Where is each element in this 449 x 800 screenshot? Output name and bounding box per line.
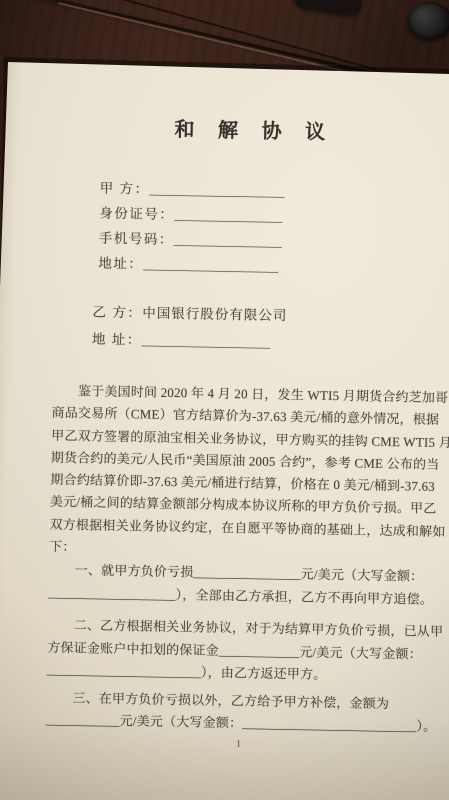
field-label: 地 址： (92, 332, 142, 348)
field-label: 手机号码： (99, 231, 174, 247)
field-label: 身份证号： (99, 206, 174, 222)
recitals-paragraph: 鉴于美国时间 2020 年 4 月 20 日，发生 WTI5 月期货合约芝加哥 … (49, 380, 438, 565)
blank-line: ____________________ (149, 182, 284, 199)
clause-2: 二、乙方根据相关业务协议，对于为结算甲方负价亏损，已从甲 方保证金账户中扣划的保… (47, 614, 434, 689)
party-a-fields: 甲 方：____________________ 身份证号：__________… (98, 177, 442, 283)
field-label: 甲 方： (100, 181, 150, 197)
clause-1: 一、就甲方负价亏损________________元/美元（大写金额： ____… (48, 559, 435, 611)
blank-line: ________________ (174, 232, 282, 249)
clause-3: 三、在甲方负价亏损以外，乙方给予甲方补偿，金额为 ___________元/美元… (46, 687, 433, 739)
blank-line: ________________ (174, 207, 282, 224)
field-label: 地址： (98, 256, 143, 272)
document-page: 和 解 协 议 甲 方：____________________ 身份证号：__… (0, 0, 449, 800)
party-b-fields: 乙 方：中国银行股份有限公司 地 址：___________________ (92, 301, 440, 361)
document-title: 和 解 协 议 (57, 111, 443, 147)
document-body: 和 解 协 议 甲 方：____________________ 身份证号：__… (46, 111, 444, 752)
blank-line: ___________________ (142, 332, 271, 349)
party-b-name: 中国银行股份有限公司 (142, 305, 287, 323)
blank-line: ____________________ (143, 256, 278, 273)
photo-of-document: 和 解 协 议 甲 方：____________________ 身份证号：__… (0, 0, 449, 800)
field-address-b: 地 址：___________________ (92, 328, 439, 361)
field-label: 乙 方： (92, 305, 142, 321)
field-address-a: 地址：____________________ (98, 252, 440, 283)
